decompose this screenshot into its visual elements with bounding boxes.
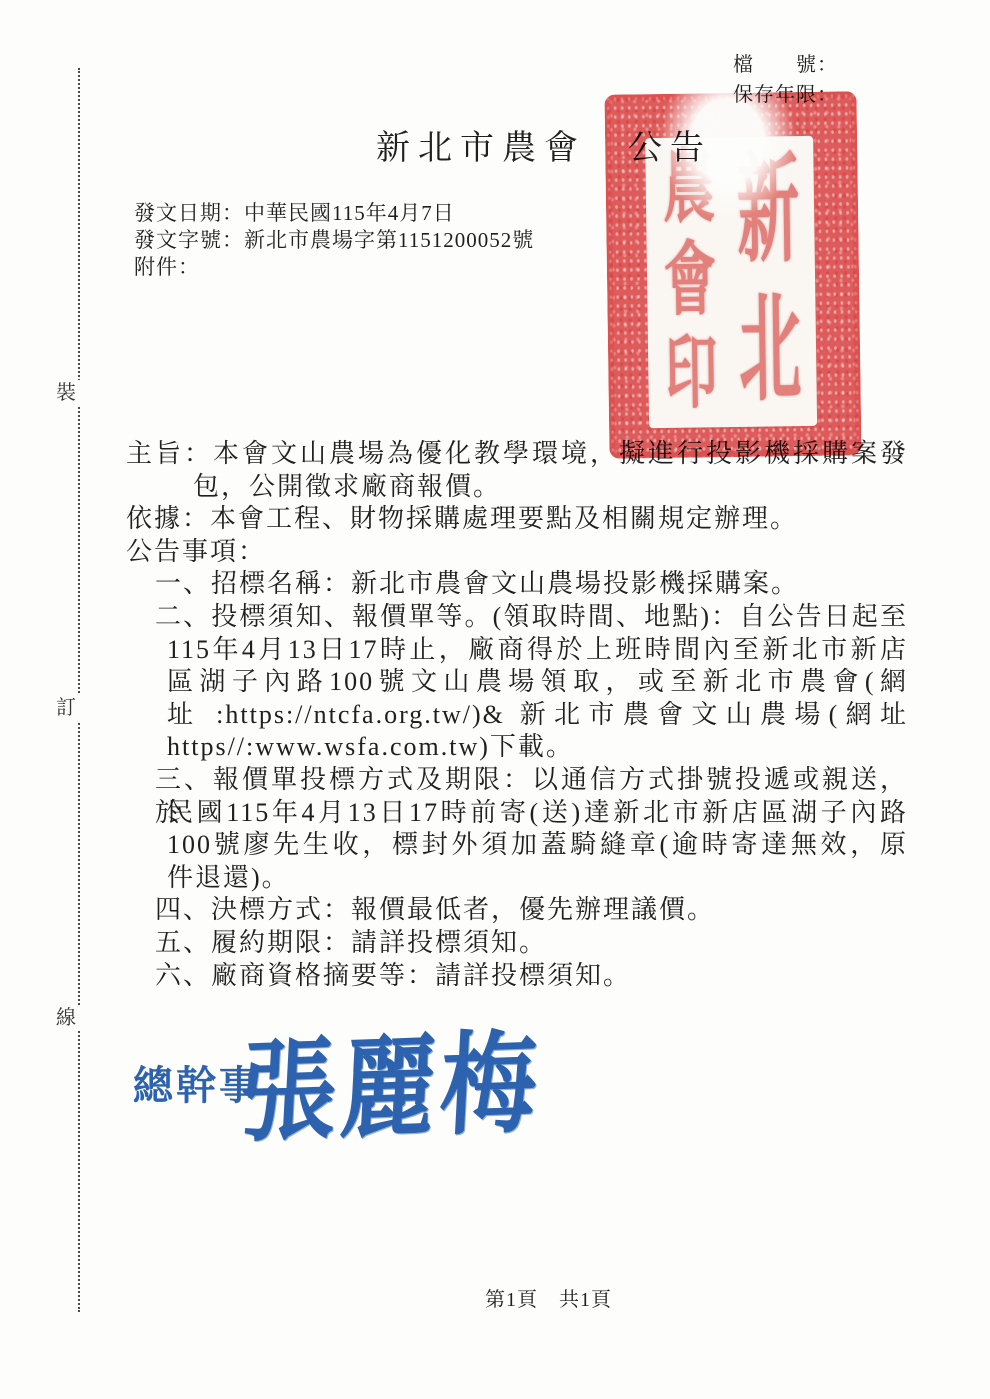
signature-block: 總幹事 張麗梅	[133, 1010, 573, 1170]
seal-glyph: 北	[738, 292, 802, 411]
item-3-line: 民國115年4月13日17時前寄(送)達新北市新店區湖子內路	[126, 797, 908, 830]
item-3-line: 件退還)。	[126, 862, 908, 895]
document-page: 裝 訂 線 檔 號： 保存年限： 新北市農會 公告 發文日期：中華民國115年4…	[0, 0, 990, 1399]
attachment-line: 附件：	[134, 254, 534, 281]
doc-number-line: 發文字號：新北市農場字第1151200052號	[134, 227, 534, 254]
organization-seal: 新 北 農 會 印	[604, 91, 861, 458]
page-number-footer: 第1頁 共1頁	[485, 1283, 612, 1312]
item-3-line: 三、報價單投標方式及期限：以通信方式掛號投遞或親送，於	[126, 764, 908, 797]
seal-glyph: 印	[665, 335, 718, 416]
binding-dashed-line	[78, 68, 80, 1312]
issue-date-line: 發文日期：中華民國115年4月7日	[134, 200, 534, 227]
binding-mark-ding: 訂	[52, 695, 80, 721]
document-meta: 發文日期：中華民國115年4月7日 發文字號：新北市農場字第1151200052…	[134, 200, 534, 281]
item-2-line: https//:www.wsfa.com.tw)下載。	[126, 731, 908, 764]
basis-line: 依據：本會工程、財物採購處理要點及相關規定辦理。	[126, 503, 908, 536]
items-header-line: 公告事項：	[126, 536, 908, 569]
item-5-line: 五、履約期限：請詳投標須知。	[126, 927, 908, 960]
item-6-line: 六、廠商資格摘要等：請詳投標須知。	[126, 960, 908, 993]
item-2-line: 二、投標須知、報價單等。(領取時間、地點)：自公告日起至	[126, 601, 908, 634]
item-4-line: 四、決標方式：報價最低者，優先辦理議價。	[126, 894, 908, 927]
binding-mark-xian: 線	[52, 1005, 80, 1031]
item-2-line: 區湖子內路100號文山農場領取，或至新北市農會(網	[126, 666, 908, 699]
announcement-body: 主旨：本會文山農場為優化教學環境，擬進行投影機採購案發 包，公開徵求廠商報價。 …	[126, 438, 908, 992]
item-1-line: 一、招標名稱：新北市農會文山農場投影機採購案。	[126, 568, 908, 601]
seal-glyph: 會	[664, 242, 717, 323]
item-2-line: 115年4月13日17時止，廠商得於上班時間內至新北市新店	[126, 634, 908, 667]
item-3-line: 100號廖先生收，標封外須加蓋騎縫章(逾時寄達無效，原	[126, 829, 908, 862]
seal-ink-blotch	[659, 62, 796, 219]
item-2-line: 址 :https://ntcfa.org.tw/)& 新北市農會文山農場(網址	[126, 699, 908, 732]
signer-name-stamp: 張麗梅	[237, 995, 545, 1163]
binding-mark-zhuang: 裝	[52, 380, 80, 406]
subject-line: 包，公開徵求廠商報價。	[126, 471, 908, 504]
